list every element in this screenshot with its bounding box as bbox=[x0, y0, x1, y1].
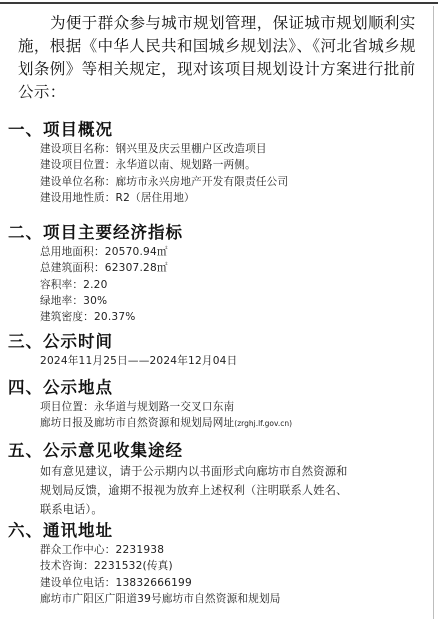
section-heading: 四、公示地点 bbox=[8, 377, 428, 399]
notice-site: 项目位置：永华道与规划路一交叉口东南 bbox=[40, 399, 428, 415]
public-service-phone: 群众工作中心：2231938 bbox=[40, 542, 428, 558]
section-feedback-channel: 五、公示意见收集途经 如有意见建议，请于公示期内以书面形式向廊坊市自然资源和规划… bbox=[8, 440, 428, 519]
building-density: 建筑密度：20.37% bbox=[40, 309, 428, 325]
section-heading: 三、公示时间 bbox=[8, 331, 428, 353]
floor-area-ratio: 容积率：2.20 bbox=[40, 277, 428, 293]
website-link[interactable]: (zrghj.lf.gov.cn) bbox=[234, 419, 292, 428]
section-heading: 五、公示意见收集途经 bbox=[8, 440, 428, 462]
total-land-area: 总用地面积：20570.94㎡ bbox=[40, 244, 428, 260]
section-economic-indicators: 二、项目主要经济指标 总用地面积：20570.94㎡ 总建筑面积：62307.2… bbox=[8, 222, 428, 325]
green-ratio: 绿地率：30% bbox=[40, 293, 428, 309]
section-notice-location: 四、公示地点 项目位置：永华道与规划路一交叉口东南 廊坊日报及廊坊市自然资源和规… bbox=[8, 377, 428, 433]
right-border-rule bbox=[433, 6, 434, 619]
feedback-instructions: 如有意见建议，请于公示期内以书面形式向廊坊市自然资源和规划局反馈，逾期不报视为放… bbox=[40, 462, 350, 519]
mailing-address: 廊坊市广阳区广阳道39号廊坊市自然资源和规划局 bbox=[40, 591, 428, 607]
project-name: 建设项目名称：钢兴里及庆云里棚户区改造项目 bbox=[40, 141, 428, 157]
notice-media: 廊坊日报及廊坊市自然资源和规划局网址(zrghj.lf.gov.cn) bbox=[40, 415, 428, 432]
section-heading: 一、项目概况 bbox=[8, 119, 428, 141]
section-notice-period: 三、公示时间 2024年11月25日——2024年12月04日 bbox=[8, 331, 428, 369]
land-use-type: 建设用地性质：R2（居住用地） bbox=[40, 190, 428, 206]
project-location: 建设项目位置：永华道以南、规划路一两侧。 bbox=[40, 157, 428, 173]
top-border-rule bbox=[0, 2, 438, 4]
section-heading: 二、项目主要经济指标 bbox=[8, 222, 428, 244]
total-floor-area: 总建筑面积：62307.28㎡ bbox=[40, 260, 428, 276]
section-contact-address: 六、通讯地址 群众工作中心：2231938 技术咨询：2231532(传真) 建… bbox=[8, 520, 428, 607]
section-heading: 六、通讯地址 bbox=[8, 520, 428, 542]
developer-phone: 建设单位电话：13832666199 bbox=[40, 575, 428, 591]
intro-paragraph: 为便于群众参与城市规划管理，保证城市规划顺利实施，根据《中华人民共和国城乡规划法… bbox=[18, 12, 430, 104]
notice-media-text: 廊坊日报及廊坊市自然资源和规划局网址 bbox=[40, 417, 234, 429]
section-project-overview: 一、项目概况 建设项目名称：钢兴里及庆云里棚户区改造项目 建设项目位置：永华道以… bbox=[8, 119, 428, 206]
intro-text: 为便于群众参与城市规划管理，保证城市规划顺利实施，根据《中华人民共和国城乡规划法… bbox=[18, 14, 416, 101]
developer-name: 建设单位名称：廊坊市永兴房地产开发有限责任公司 bbox=[40, 174, 428, 190]
notice-date-range: 2024年11月25日——2024年12月04日 bbox=[40, 353, 428, 369]
technical-consult-phone: 技术咨询：2231532(传真) bbox=[40, 558, 428, 574]
